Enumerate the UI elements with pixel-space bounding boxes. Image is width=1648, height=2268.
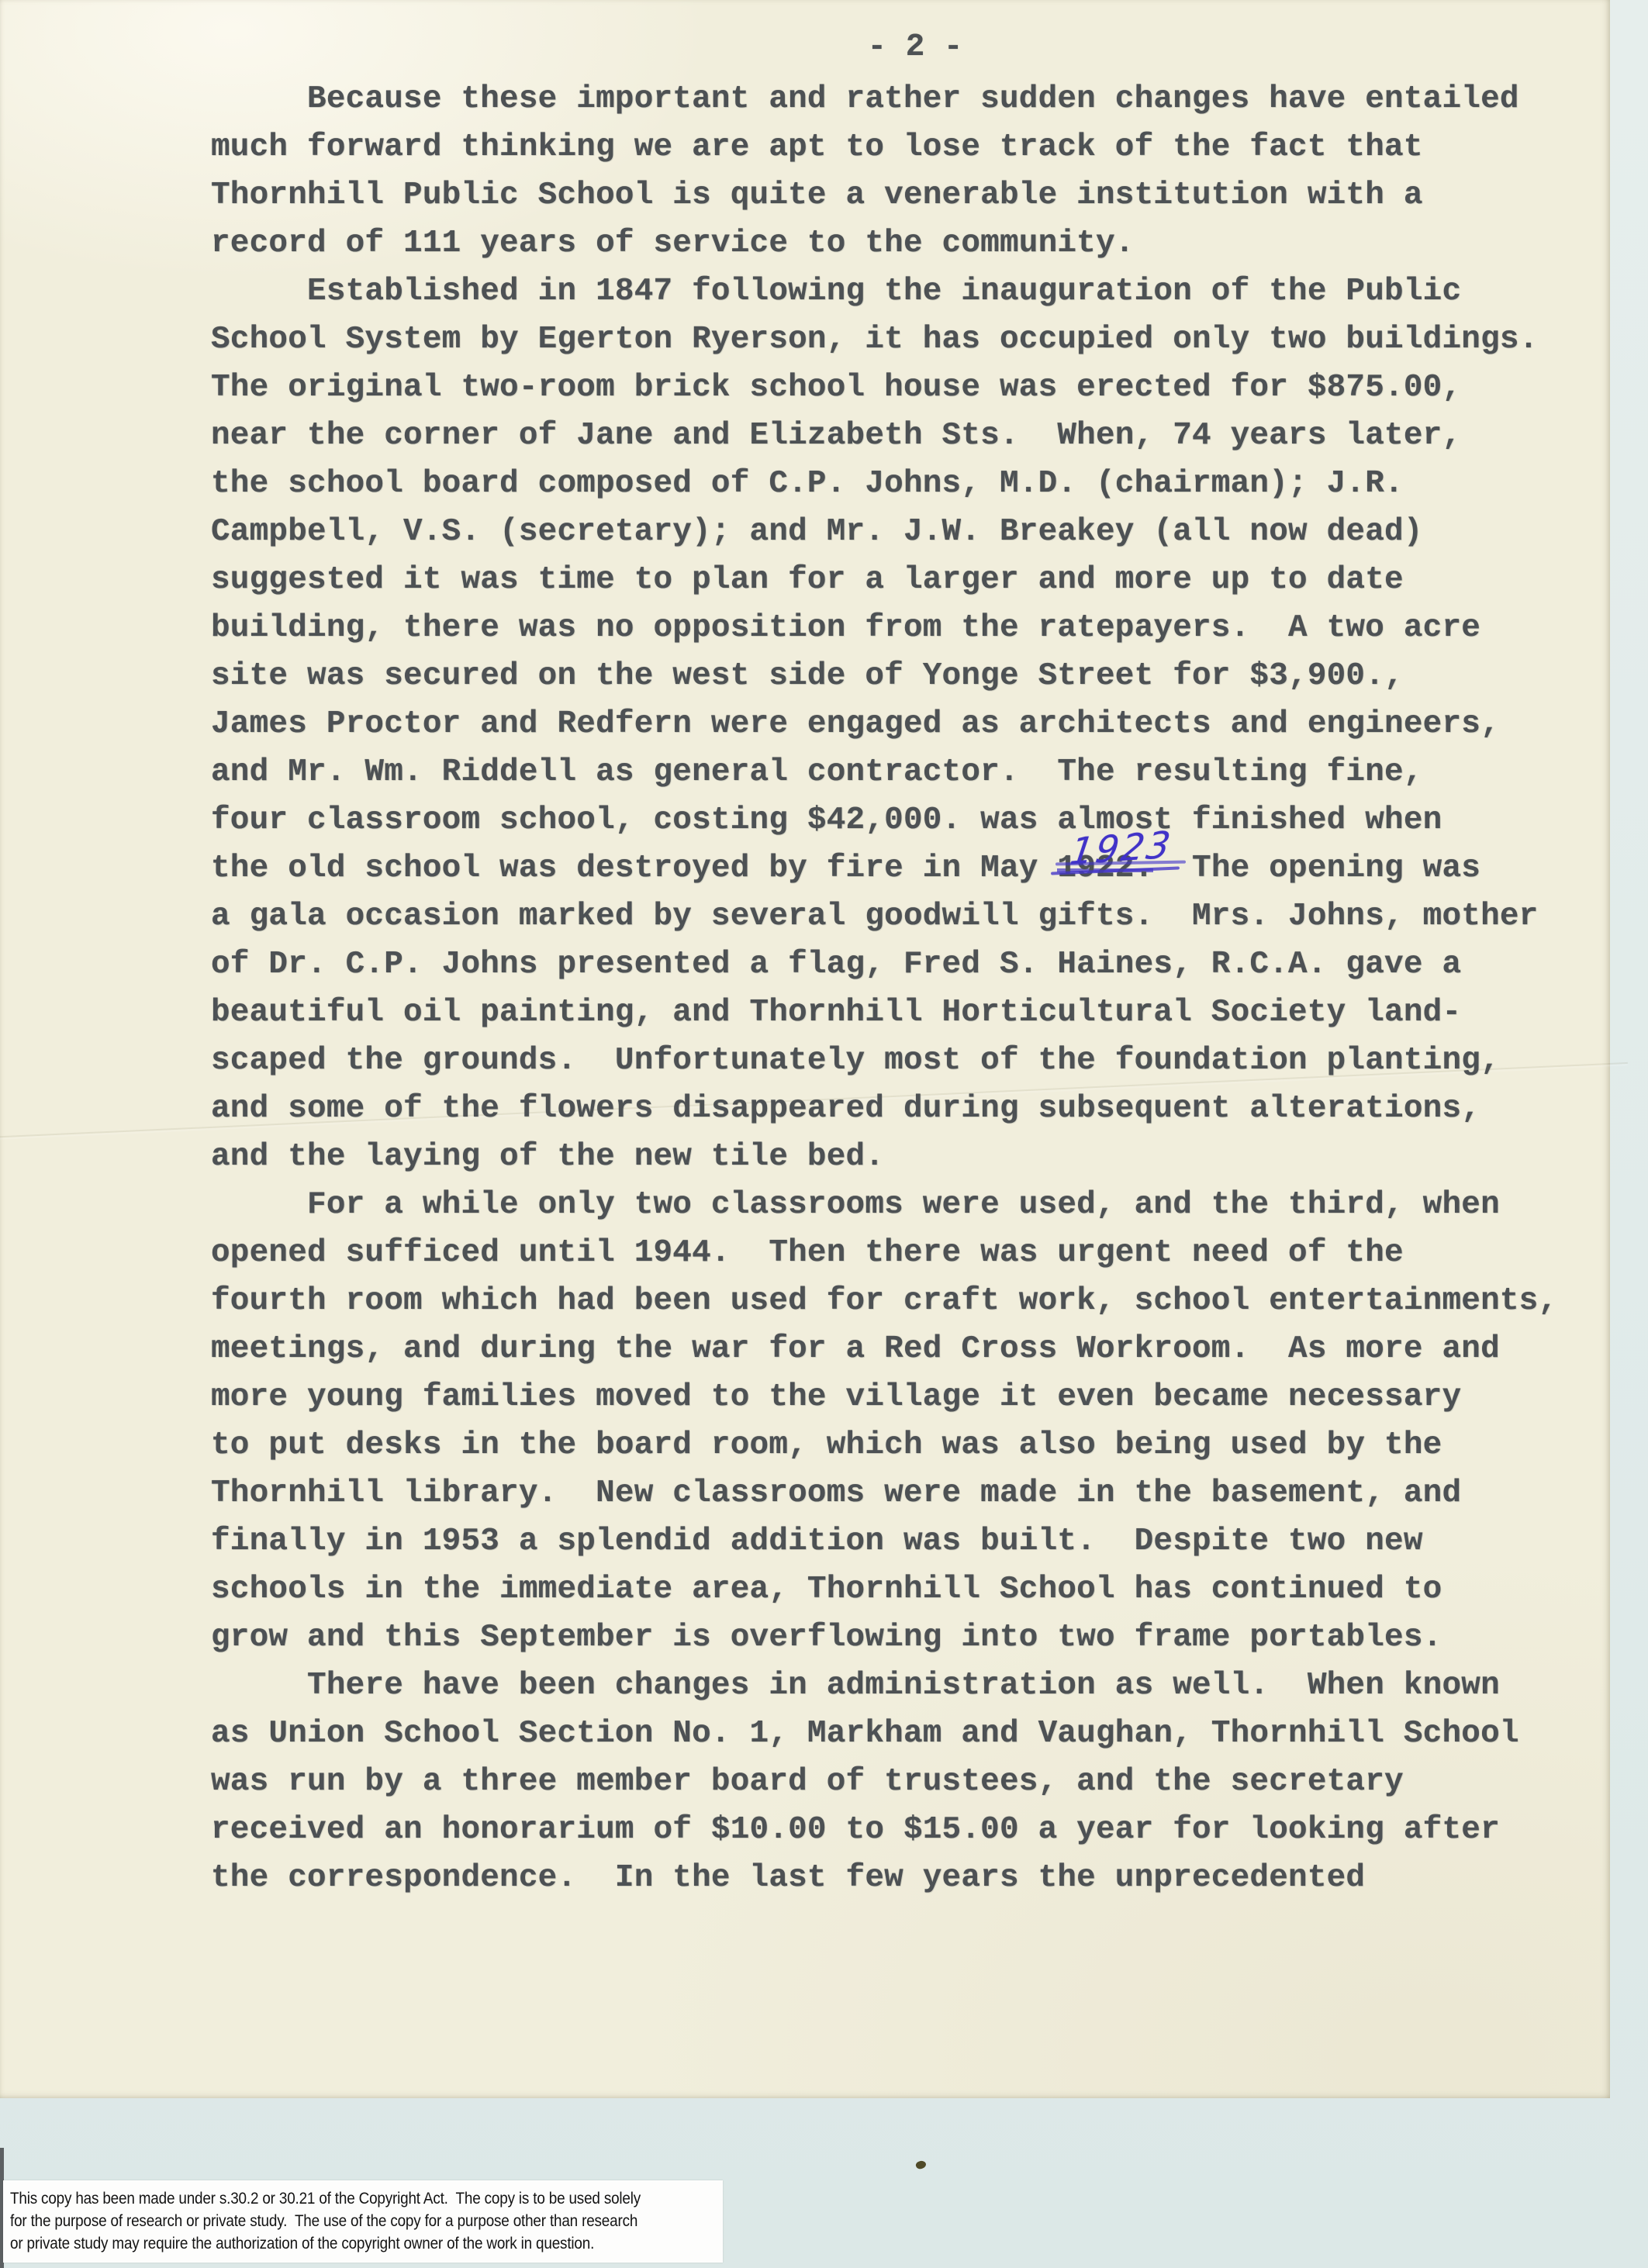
typed-line: and Mr. Wm. Riddell as general contracto… [211,748,1591,796]
typed-line: as Union School Section No. 1, Markham a… [211,1710,1591,1758]
typed-line: opened sufficed until 1944. Then there w… [211,1229,1591,1277]
typed-line: a gala occasion marked by several goodwi… [211,892,1591,941]
page-number: - 2 - [814,23,1016,71]
typed-line: fourth room which had been used for craf… [211,1277,1591,1325]
typed-line: James Proctor and Redfern were engaged a… [211,700,1591,748]
typed-line: was run by a three member board of trust… [211,1758,1591,1806]
typed-line: and some of the flowers disappeared duri… [211,1085,1591,1133]
typed-line: site was secured on the west side of Yon… [211,652,1591,700]
typed-line: and the laying of the new tile bed. [211,1133,1591,1181]
typed-line: schools in the immediate area, Thornhill… [211,1566,1591,1614]
handwritten-year-annotation: 1923 [1068,827,1175,871]
typed-line: Thornhill library. New classrooms were m… [211,1469,1591,1517]
typed-line: the school board composed of C.P. Johns,… [211,460,1591,508]
typed-line: four classroom school, costing $42,000. … [211,796,1591,844]
typed-line: to put desks in the board room, which wa… [211,1421,1591,1469]
typed-line: Thornhill Public School is quite a vener… [211,171,1591,219]
typed-line: the correspondence. In the last few year… [211,1854,1591,1902]
typed-line: Campbell, V.S. (secretary); and Mr. J.W.… [211,508,1591,556]
typed-line: finally in 1953 a splendid addition was … [211,1517,1591,1566]
typed-line: much forward thinking we are apt to lose… [211,123,1591,171]
typed-line: of Dr. C.P. Johns presented a flag, Fred… [211,941,1591,989]
typed-line: Established in 1847 following the inaugu… [211,268,1591,316]
typed-line: near the corner of Jane and Elizabeth St… [211,412,1591,460]
typed-line: received an honorarium of $10.00 to $15.… [211,1806,1591,1854]
typed-line: The original two-room brick school house… [211,364,1591,412]
typed-line: For a while only two classrooms were use… [211,1181,1591,1229]
line-prefix: the old school was destroyed by fire in … [211,851,1057,886]
typed-line: record of 111 years of service to the co… [211,219,1591,268]
typed-line: There have been changes in administratio… [211,1662,1591,1710]
ink-speck [915,2159,928,2170]
line-suffix: The opening was [1153,851,1480,886]
typed-line: grow and this September is overflowing i… [211,1614,1591,1662]
typed-line: suggested it was time to plan for a larg… [211,556,1591,604]
copyright-stamp: This copy has been made under s.30.2 or … [3,2180,723,2263]
copyright-stamp-line: This copy has been made under s.30.2 or … [10,2187,722,2210]
typed-line: beautiful oil painting, and Thornhill Ho… [211,989,1591,1037]
copyright-stamp-line: for the purpose of research or private s… [10,2210,722,2232]
typed-line: scaped the grounds. Unfortunately most o… [211,1037,1591,1085]
copyright-stamp-line: or private study may require the authori… [10,2232,722,2255]
typed-line: more young families moved to the village… [211,1373,1591,1421]
scanned-document-page: - 2 - Because these important and rather… [0,0,1648,2268]
typed-line: Because these important and rather sudde… [211,75,1591,123]
typed-line: meetings, and during the war for a Red C… [211,1325,1591,1373]
typed-line: building, there was no opposition from t… [211,604,1591,652]
typed-text-block: Because these important and rather sudde… [211,75,1591,1902]
paper-sheet: - 2 - Because these important and rather… [0,0,1610,2098]
typed-line: School System by Egerton Ryerson, it has… [211,316,1591,364]
typed-line-with-annotation: the old school was destroyed by fire in … [211,844,1591,892]
